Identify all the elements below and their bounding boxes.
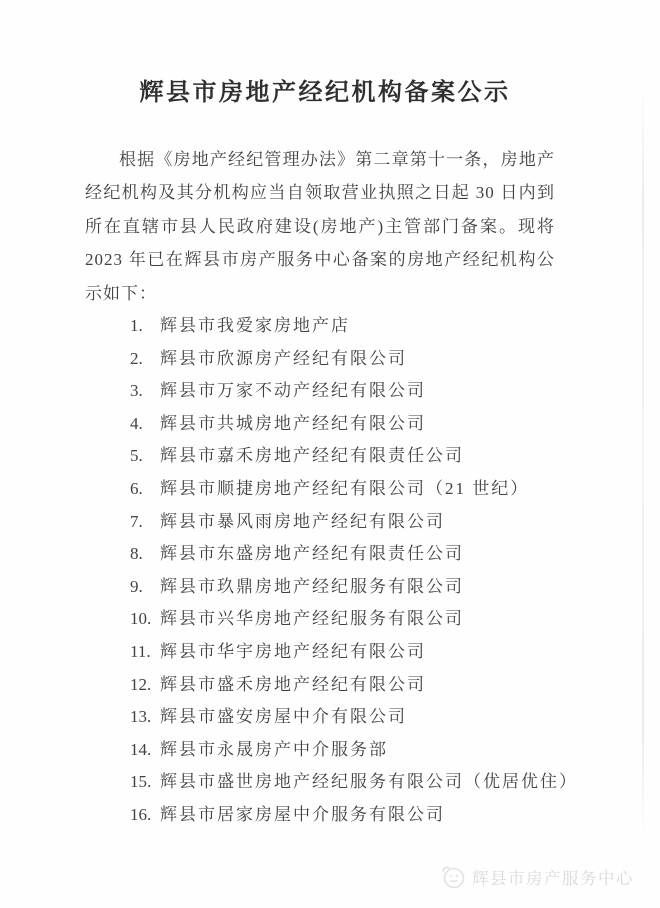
- list-item-number: 5.: [130, 440, 160, 473]
- page-edge-shadow: [642, 85, 644, 838]
- agency-name: 辉县市欣源房产经纪有限公司: [160, 349, 407, 368]
- list-item-number: 16.: [130, 799, 160, 832]
- list-item-number: 10.: [130, 603, 160, 636]
- list-item-number: 8.: [130, 538, 160, 571]
- paragraph-line: 示如下：: [85, 277, 555, 310]
- list-item: 12.辉县市盛禾房地产经纪有限公司: [85, 669, 555, 702]
- list-item: 15.辉县市盛世房地产经纪服务有限公司（优居优住）: [85, 766, 555, 799]
- list-item: 14.辉县市永晟房产中介服务部: [85, 734, 555, 767]
- list-item-number: 11.: [130, 636, 160, 669]
- paragraph-line: 经纪机构及其分机构应当自领取营业执照之日起 30 日内到: [85, 176, 555, 209]
- list-item: 11.辉县市华宇房地产经纪有限公司: [85, 636, 555, 669]
- list-item: 6.辉县市顺捷房地产经纪有限公司（21 世纪）: [85, 473, 555, 506]
- agency-name: 辉县市我爱家房地产店: [160, 316, 350, 335]
- stamp-text: 辉县市房产服务中心: [472, 865, 634, 889]
- agency-name: 辉县市暴风雨房地产经纪有限公司: [160, 512, 445, 531]
- list-item-number: 14.: [130, 734, 160, 767]
- list-item: 10.辉县市兴华房地产经纪服务有限公司: [85, 603, 555, 636]
- service-center-logo-icon: [438, 862, 468, 892]
- agency-name: 辉县市顺捷房地产经纪有限公司（21 世纪）: [160, 479, 529, 498]
- list-item: 16.辉县市居家房屋中介服务有限公司: [85, 799, 555, 832]
- list-item: 13.辉县市盛安房屋中介有限公司: [85, 701, 555, 734]
- agency-name: 辉县市盛禾房地产经纪有限公司: [160, 675, 426, 694]
- agency-name: 辉县市居家房屋中介服务有限公司: [160, 805, 445, 824]
- agency-name: 辉县市东盛房地产经纪有限责任公司: [160, 544, 464, 563]
- agency-name: 辉县市盛安房屋中介有限公司: [160, 707, 407, 726]
- list-item-number: 3.: [130, 375, 160, 408]
- intro-paragraph: 根据《房地产经纪管理办法》第二章第十一条，房地产 经纪机构及其分机构应当自领取营…: [85, 143, 555, 310]
- list-item: 2.辉县市欣源房产经纪有限公司: [85, 343, 555, 376]
- agency-name: 辉县市嘉禾房地产经纪有限责任公司: [160, 446, 464, 465]
- list-item: 7.辉县市暴风雨房地产经纪有限公司: [85, 506, 555, 539]
- list-item-number: 7.: [130, 506, 160, 539]
- agency-name: 辉县市玖鼎房地产经纪服务有限公司: [160, 577, 464, 596]
- paragraph-line: 所在直辖市县人民政府建设(房地产)主管部门备案。现将: [85, 210, 555, 243]
- list-item: 3.辉县市万家不动产经纪有限公司: [85, 375, 555, 408]
- list-item-number: 4.: [130, 408, 160, 441]
- list-item: 8.辉县市东盛房地产经纪有限责任公司: [85, 538, 555, 571]
- paragraph-line: 2023 年已在辉县市房产服务中心备案的房地产经纪机构公: [85, 243, 555, 276]
- list-item-number: 15.: [130, 766, 160, 799]
- list-item: 4.辉县市共城房地产经纪有限公司: [85, 408, 555, 441]
- agency-name: 辉县市华宇房地产经纪有限公司: [160, 642, 426, 661]
- document-page: 辉县市房地产经纪机构备案公示 根据《房地产经纪管理办法》第二章第十一条，房地产 …: [0, 0, 660, 908]
- document-body: 根据《房地产经纪管理办法》第二章第十一条，房地产 经纪机构及其分机构应当自领取营…: [85, 143, 555, 832]
- agency-list: 1.辉县市我爱家房地产店 2.辉县市欣源房产经纪有限公司 3.辉县市万家不动产经…: [85, 310, 555, 832]
- list-item-number: 12.: [130, 669, 160, 702]
- agency-name: 辉县市盛世房地产经纪服务有限公司（优居优住）: [160, 772, 578, 791]
- footer-stamp: 辉县市房产服务中心: [438, 862, 634, 892]
- list-item-number: 9.: [130, 571, 160, 604]
- list-item: 1.辉县市我爱家房地产店: [85, 310, 555, 343]
- agency-name: 辉县市永晟房产中介服务部: [160, 740, 388, 759]
- paragraph-line: 根据《房地产经纪管理办法》第二章第十一条，房地产: [85, 143, 555, 176]
- list-item: 9.辉县市玖鼎房地产经纪服务有限公司: [85, 571, 555, 604]
- list-item-number: 6.: [130, 473, 160, 506]
- agency-name: 辉县市共城房地产经纪有限公司: [160, 414, 426, 433]
- list-item: 5.辉县市嘉禾房地产经纪有限责任公司: [85, 440, 555, 473]
- page-title: 辉县市房地产经纪机构备案公示: [0, 72, 650, 107]
- agency-name: 辉县市万家不动产经纪有限公司: [160, 381, 426, 400]
- agency-name: 辉县市兴华房地产经纪服务有限公司: [160, 609, 464, 628]
- list-item-number: 2.: [130, 343, 160, 376]
- list-item-number: 1.: [130, 310, 160, 343]
- list-item-number: 13.: [130, 701, 160, 734]
